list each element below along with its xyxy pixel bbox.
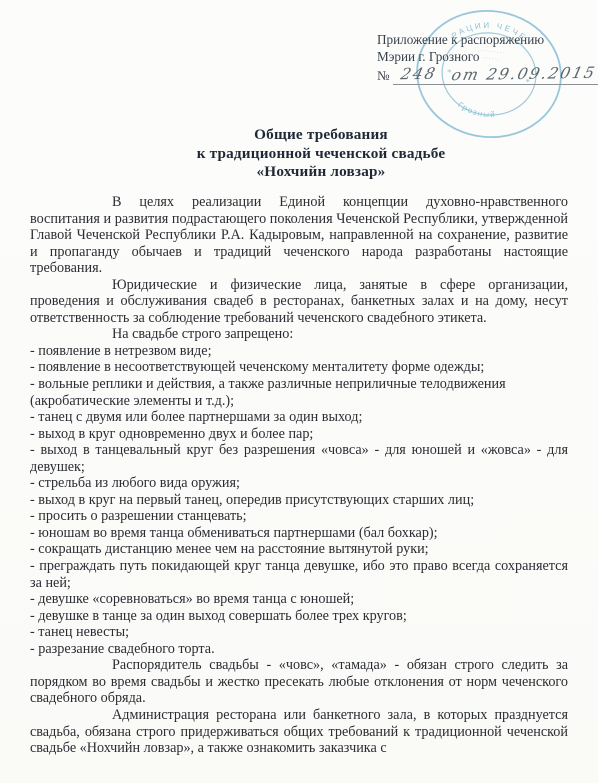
paragraph: Администрация ресторана или банкетного з… <box>30 707 568 757</box>
number-sign: № <box>377 68 390 85</box>
document-body: В целях реализации Единой концепции духо… <box>30 194 568 757</box>
prohibited-item: - сокращать дистанцию менее чем на расст… <box>30 541 568 558</box>
handwritten-number-underline: 248 от 29.09.2015 <box>393 66 598 85</box>
prohibited-item: - танец невесты; <box>30 624 568 641</box>
stamp-city-text: Грозный <box>455 100 498 121</box>
prohibited-item: - юношам во время танца обмениваться пар… <box>30 525 568 542</box>
prohibited-item: - преграждать путь покидающей круг танца… <box>30 558 568 591</box>
prohibited-item: - появление в нетрезвом виде; <box>30 343 568 360</box>
paragraph: В целях реализации Единой концепции духо… <box>30 194 568 277</box>
registration-number-line: № 248 от 29.09.2015 <box>377 66 598 85</box>
title-line: «Нохчийн ловзар» <box>44 163 598 182</box>
appendix-line: Приложение к распоряжению <box>377 32 598 49</box>
prohibited-item: - выход в круг на первый танец, опередив… <box>30 492 568 509</box>
scanned-document-page: РАЦИИ ЧЕЧЕ Грозный · · · · · · · · · · ·… <box>0 0 598 783</box>
prohibited-item: - выход в танцевальный круг без разрешен… <box>30 442 568 475</box>
title-line: к традиционной чеченской свадьбе <box>44 145 598 164</box>
prohibited-item: - разрезание свадебного торта. <box>30 641 568 658</box>
prohibited-item: - танец с двумя или более партнершами за… <box>30 409 568 426</box>
prohibited-item: - девушке «соревноваться» во время танца… <box>30 591 568 608</box>
prohibited-item: - девушке в танце за один выход совершат… <box>30 608 568 625</box>
prohibited-item: - появление в несоответствующей чеченско… <box>30 359 568 376</box>
handwritten-date: от 29.09.2015 <box>450 65 598 84</box>
prohibited-item: - стрельба из любого вида оружия; <box>30 475 568 492</box>
appendix-line: Мэрии г. Грозного <box>377 49 598 66</box>
prohibited-heading: На свадьбе строго запрещено: <box>30 326 568 343</box>
prohibited-item: - выход в круг одновременно двух и более… <box>30 426 568 443</box>
prohibited-item: - вольные реплики и действия, а также ра… <box>30 376 568 409</box>
appendix-header: Приложение к распоряжению Мэрии г. Грозн… <box>377 32 598 85</box>
title-line: Общие требования <box>44 126 598 145</box>
paragraph: Распорядитель свадьбы - «човс», «тамада»… <box>30 657 568 707</box>
paragraph: Юридические и физические лица, занятые в… <box>30 277 568 327</box>
handwritten-number: 248 <box>399 66 439 83</box>
document-title: Общие требования к традиционной чеченско… <box>0 126 598 182</box>
prohibited-item: - просить о разрешении станцевать; <box>30 508 568 525</box>
